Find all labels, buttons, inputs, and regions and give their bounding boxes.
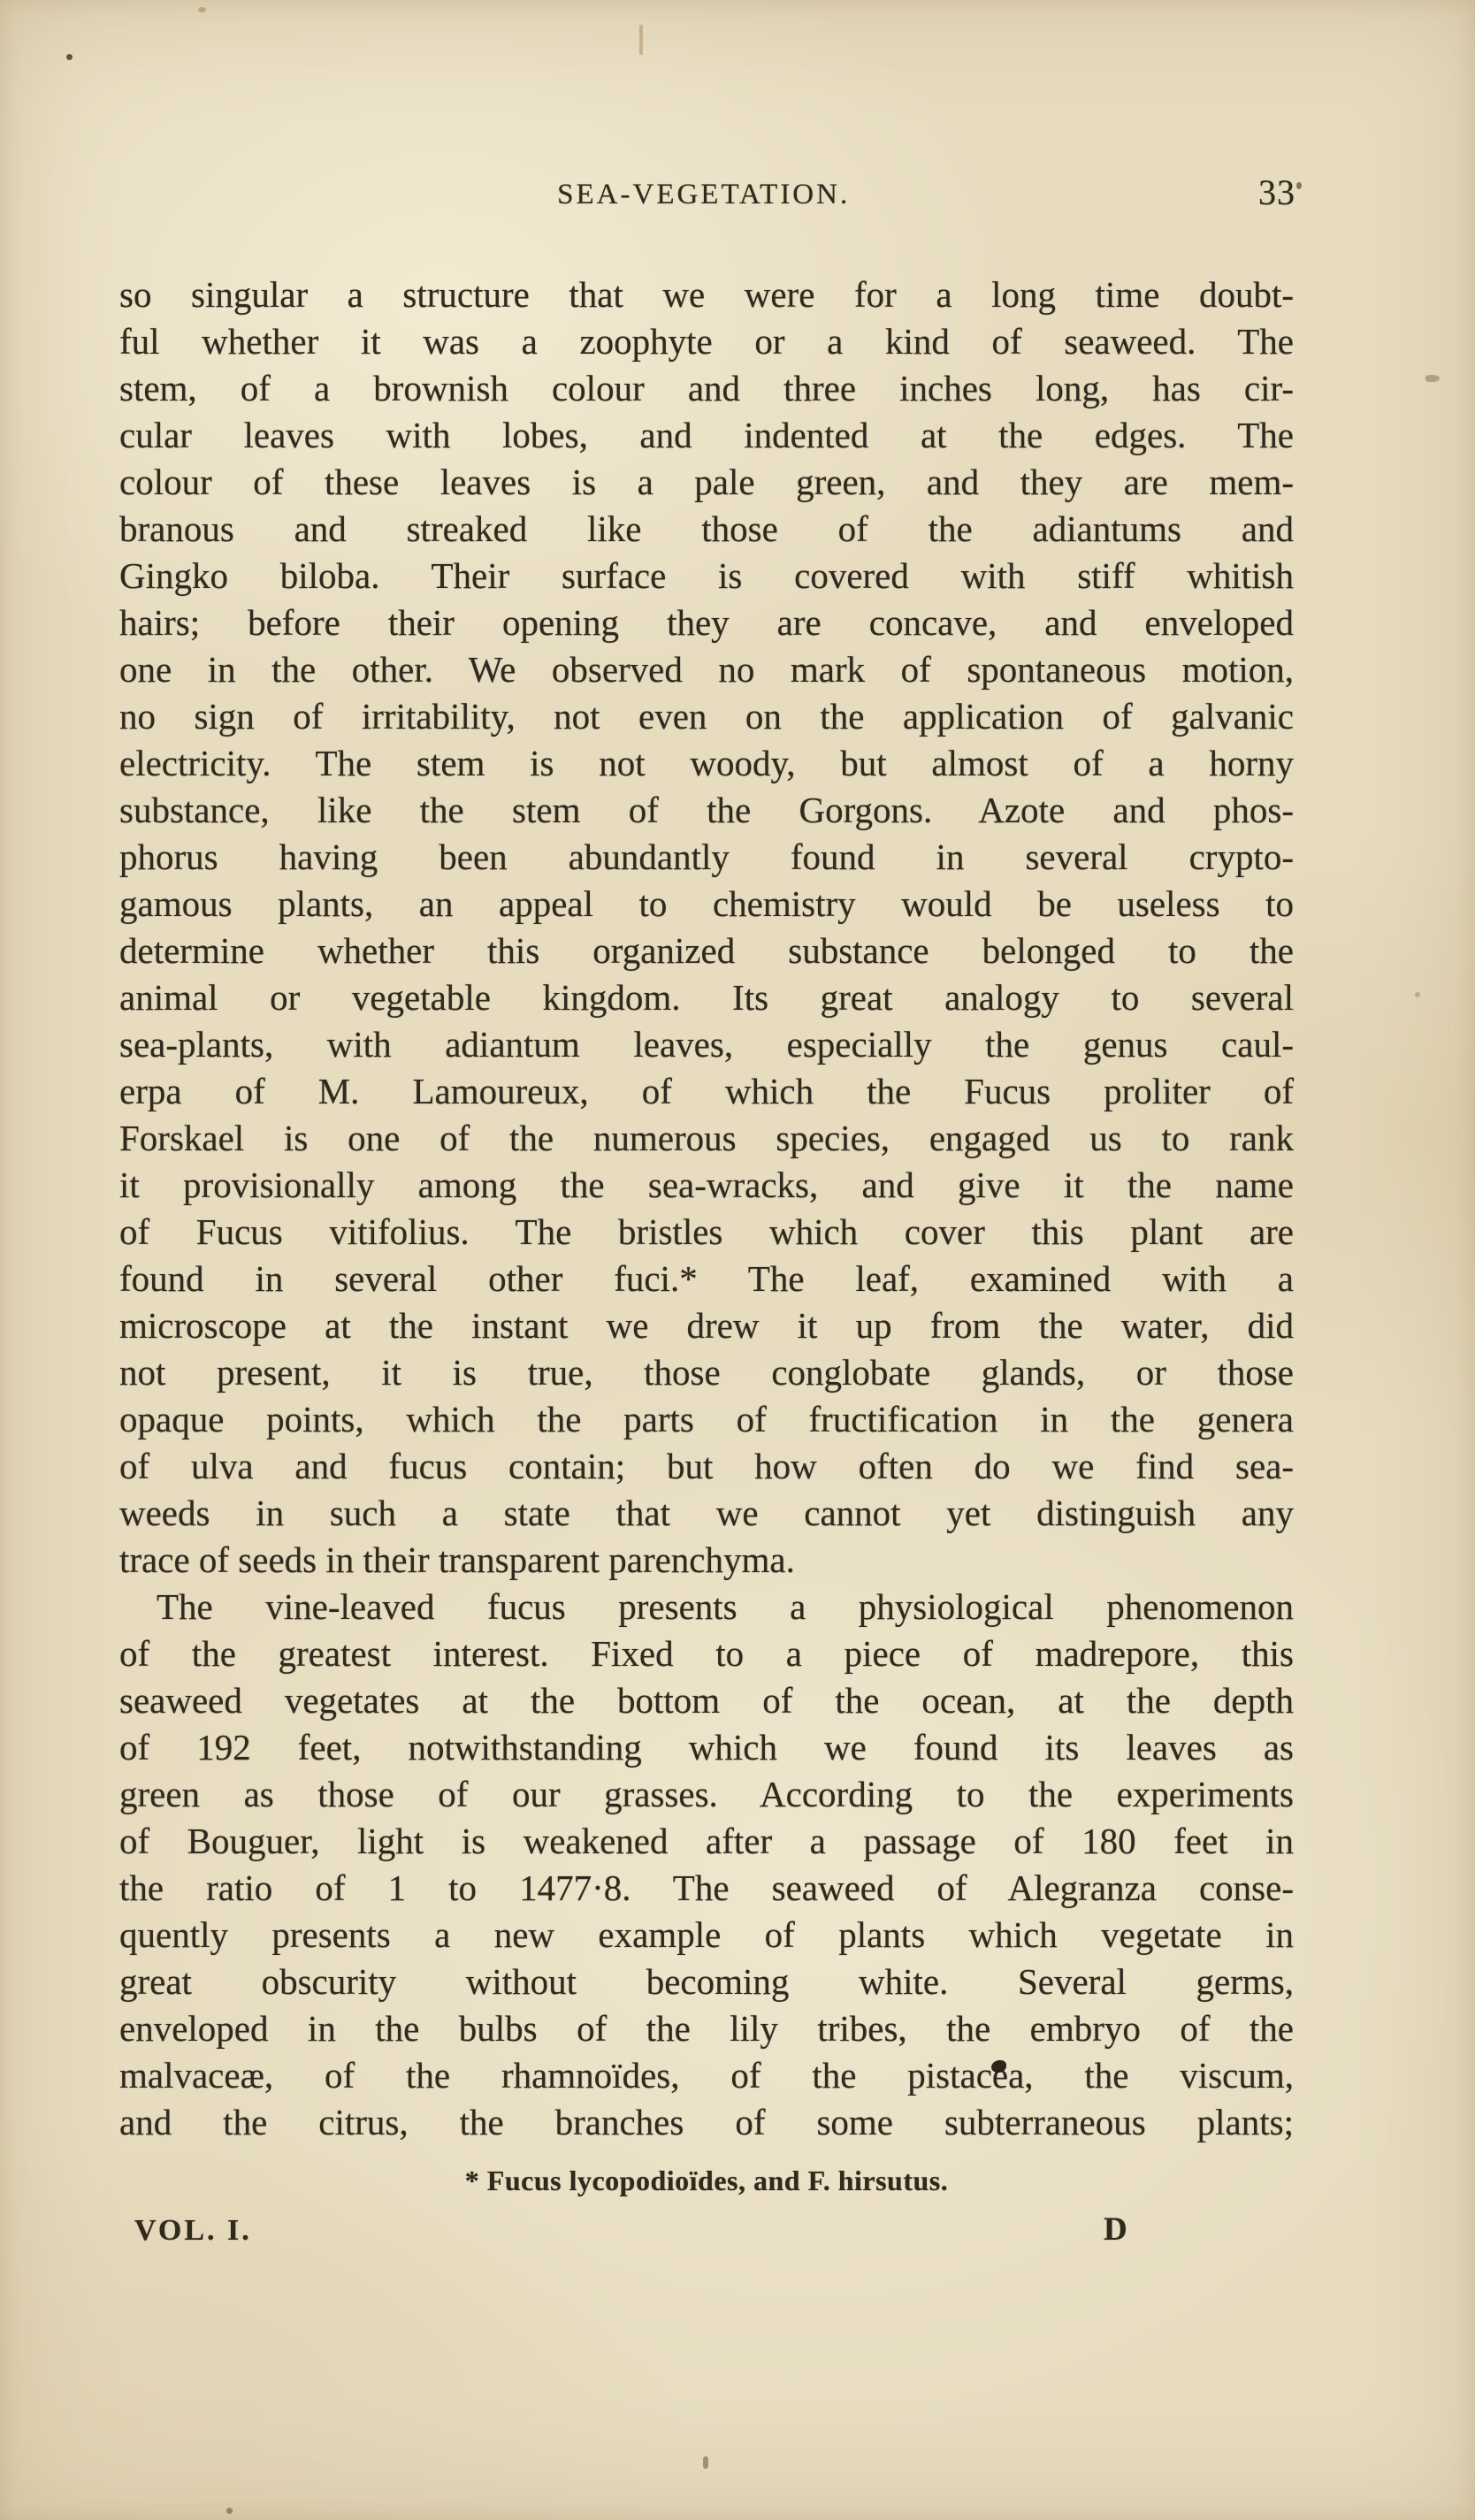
- printer-signature-mark: D: [1104, 2211, 1127, 2249]
- paper-speck: [703, 2456, 708, 2469]
- text-line: found in several other fuci.* The leaf, …: [119, 1256, 1294, 1302]
- text-line: cular leaves with lobes, and indented at…: [119, 412, 1294, 459]
- text-line: microscope at the instant we drew it up …: [119, 1302, 1294, 1349]
- scanned-book-page: SEA-VEGETATION. 33 so singular a structu…: [0, 0, 1475, 2520]
- text-line: trace of seeds in their transparent pare…: [119, 1537, 1294, 1584]
- paper-fiber: [639, 25, 643, 55]
- paper-speck: [198, 7, 206, 12]
- paper-speck: [1425, 375, 1440, 382]
- text-line: The vine-leaved fucus presents a physiol…: [119, 1584, 1294, 1630]
- page-header: SEA-VEGETATION. 33: [119, 175, 1294, 218]
- text-line: it provisionally among the sea-wracks, a…: [119, 1162, 1294, 1209]
- text-line: weeds in such a state that we cannot yet…: [119, 1490, 1294, 1537]
- text-line: hairs; before their opening they are con…: [119, 599, 1294, 646]
- text-line: so singular a structure that we were for…: [119, 271, 1294, 318]
- text-line: of ulva and fucus contain; but how often…: [119, 1443, 1294, 1490]
- footnote: * Fucus lycopodioïdes, and F. hirsutus.: [119, 2165, 1294, 2197]
- text-line: of Bouguer, light is weakened after a pa…: [119, 1818, 1294, 1865]
- running-title: SEA-VEGETATION.: [557, 179, 850, 211]
- text-line: branous and streaked like those of the a…: [119, 506, 1294, 553]
- text-line: gamous plants, an appeal to chemistry wo…: [119, 881, 1294, 928]
- text-line: electricity. The stem is not woody, but …: [119, 740, 1294, 787]
- paper-speck: [226, 2508, 233, 2514]
- text-line: of Fucus vitifolius. The bristles which …: [119, 1209, 1294, 1256]
- text-line: phorus having been abundantly found in s…: [119, 834, 1294, 881]
- text-line: and the citrus, the branches of some sub…: [119, 2099, 1294, 2146]
- text-line: Gingko biloba. Their surface is covered …: [119, 553, 1294, 599]
- text-line: seaweed vegetates at the bottom of the o…: [119, 1677, 1294, 1724]
- text-line: animal or vegetable kingdom. Its great a…: [119, 974, 1294, 1021]
- text-line: substance, like the stem of the Gorgons.…: [119, 787, 1294, 834]
- text-line: the ratio of 1 to 1477·8. The seaweed of…: [119, 1865, 1294, 1912]
- text-line: one in the other. We observed no mark of…: [119, 646, 1294, 693]
- text-line: colour of these leaves is a pale green, …: [119, 459, 1294, 506]
- text-line: malvaceæ, of the rhamnoïdes, of the pist…: [119, 2052, 1294, 2099]
- text-line: opaque points, which the parts of fructi…: [119, 1396, 1294, 1443]
- text-line: quently presents a new example of plants…: [119, 1912, 1294, 1959]
- text-line: no sign of irritability, not even on the…: [119, 693, 1294, 740]
- text-line: not present, it is true, those conglobat…: [119, 1349, 1294, 1396]
- paper-speck: [1415, 992, 1420, 997]
- paper-speck: [416, 1326, 420, 1331]
- text-line: determine whether this organized substan…: [119, 928, 1294, 974]
- text-line: green as those of our grasses. According…: [119, 1771, 1294, 1818]
- text-line: Forskael is one of the numerous species,…: [119, 1115, 1294, 1162]
- text-line: great obscurity without becoming white. …: [119, 1959, 1294, 2005]
- text-line: stem, of a brownish colour and three inc…: [119, 365, 1294, 412]
- text-line: of 192 feet, notwithstanding which we fo…: [119, 1724, 1294, 1771]
- text-line: ful whether it was a zoophyte or a kind …: [119, 318, 1294, 365]
- page-number: 33: [1258, 172, 1295, 213]
- text-line: erpa of M. Lamoureux, of which the Fucus…: [119, 1068, 1294, 1115]
- text-line: enveloped in the bulbs of the lily tribe…: [119, 2005, 1294, 2052]
- volume-label: VOL. I.: [134, 2214, 252, 2248]
- paper-speck: [66, 54, 73, 60]
- paper-speck: [1296, 182, 1302, 189]
- text-line: of the greatest interest. Fixed to a pie…: [119, 1630, 1294, 1677]
- text-line: sea-plants, with adiantum leaves, especi…: [119, 1021, 1294, 1068]
- body-text: so singular a structure that we were for…: [119, 271, 1294, 2146]
